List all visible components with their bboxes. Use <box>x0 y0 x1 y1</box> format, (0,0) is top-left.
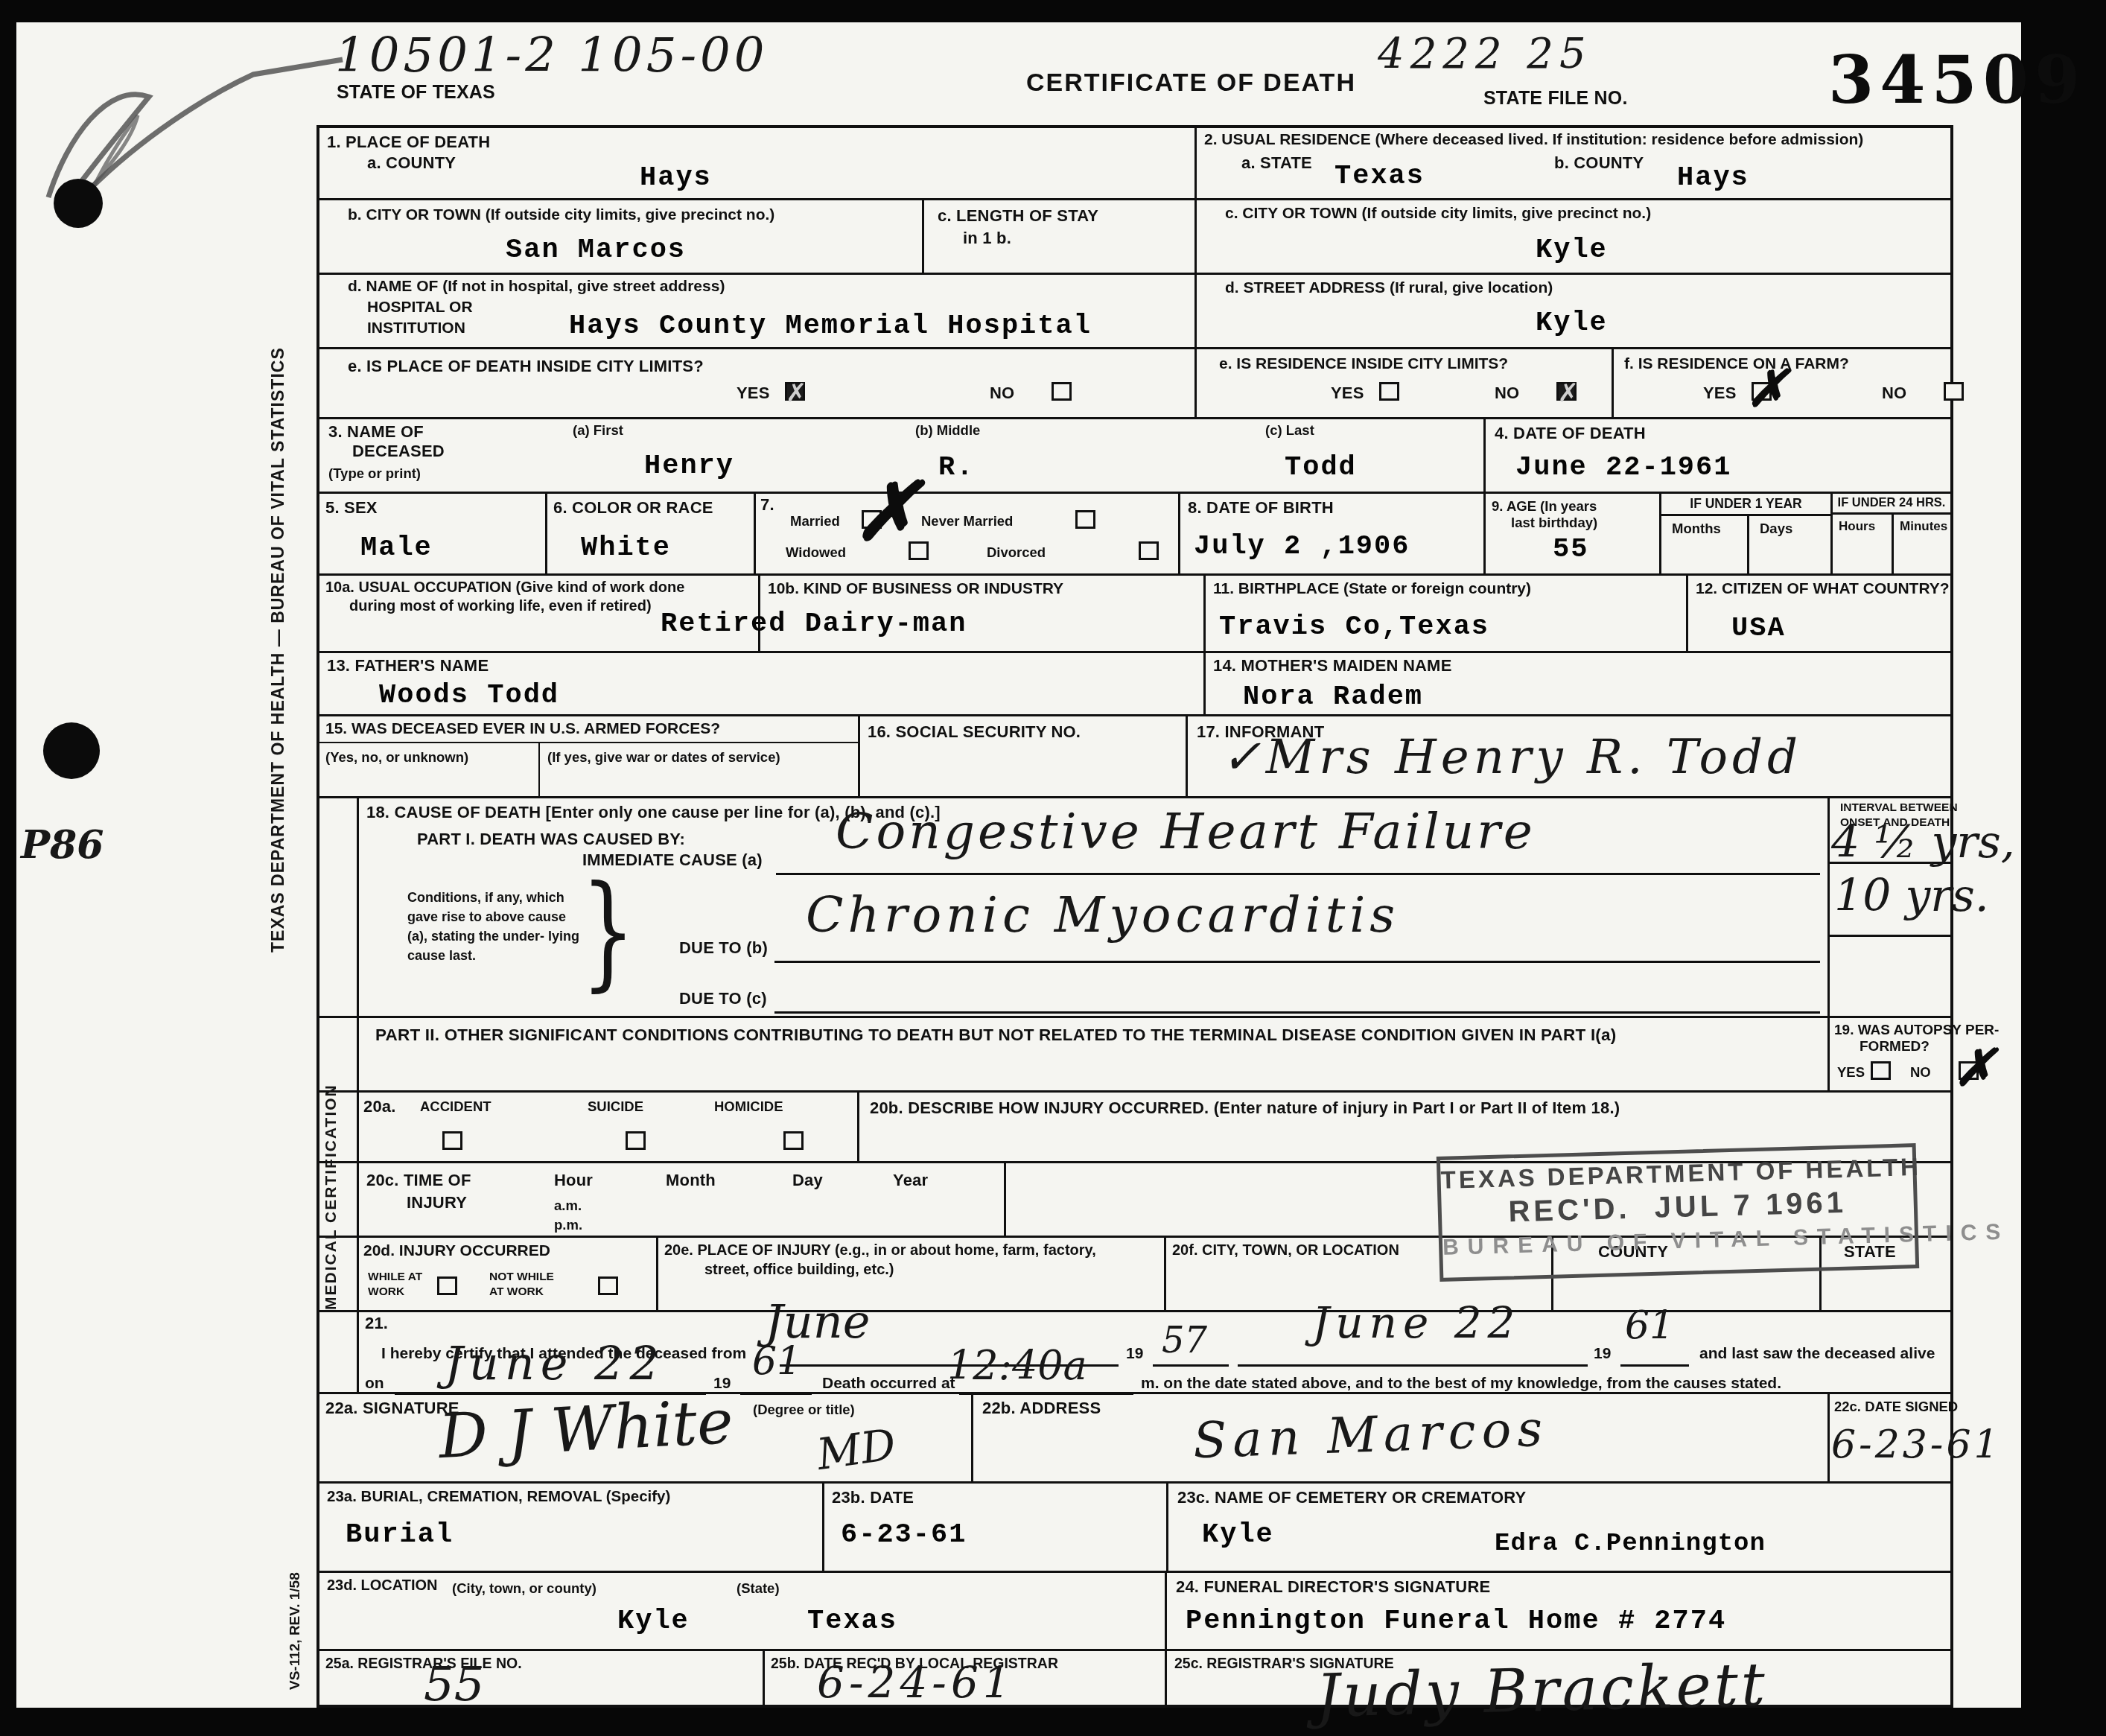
sex-value: Male <box>360 532 433 564</box>
length-of-stay-label2: in 1 b. <box>963 229 1011 248</box>
location-city-value: Kyle <box>617 1606 690 1637</box>
stamp-date: JUL 7 1961 <box>1654 1186 1847 1224</box>
residence-state-value: Texas <box>1334 161 1425 192</box>
burial-date-cell: 23b. DATE 6-23-61 <box>824 1484 1168 1571</box>
age-label2: last birthday) <box>1511 515 1597 531</box>
first-name-label: (a) First <box>573 422 623 439</box>
first-name-value: Henry <box>644 451 734 482</box>
interval-label1: INTERVAL BETWEEN <box>1840 801 1958 815</box>
autopsy-label2: FORMED? <box>1860 1039 1930 1055</box>
pm-label: p.m. <box>554 1217 582 1233</box>
certify-text4: m. on the date stated above, and to the … <box>1141 1375 1781 1393</box>
certification-cell: 21. I hereby certify that I attended the… <box>359 1312 1950 1392</box>
row-location-funeral: 23d. LOCATION (City, town, or county) (S… <box>319 1571 1950 1649</box>
cause-part1-label: PART I. DEATH WAS CAUSED BY: <box>417 830 685 849</box>
informant-value: Mrs Henry R. Todd <box>1221 730 1802 785</box>
while-at-work-label1: WHILE AT <box>368 1271 422 1284</box>
registrar-date-value: 6-24-61 <box>817 1657 1015 1708</box>
occupation-label2: during most of working life, even if ret… <box>349 598 652 615</box>
residence-farm-yes-label: YES <box>1703 384 1737 403</box>
residence-city-value: Kyle <box>1536 235 1608 266</box>
cemetery-note: Edra C.Pennington <box>1495 1530 1766 1558</box>
never-married-checkbox <box>1075 510 1095 529</box>
day-label: Day <box>792 1171 823 1190</box>
place-county-value: Hays <box>640 162 712 194</box>
race-label: 6. COLOR OR RACE <box>553 498 713 518</box>
not-while-checkbox <box>598 1276 618 1295</box>
place-of-death-title: 1. PLACE OF DEATH <box>327 133 490 152</box>
residence-county-label: b. COUNTY <box>1554 153 1644 173</box>
while-at-work-checkbox <box>437 1276 457 1295</box>
residence-farm-label: f. IS RESIDENCE ON A FARM? <box>1624 355 1849 373</box>
funeral-director-value: Pennington Funeral Home # 2774 <box>1186 1606 1726 1637</box>
certify-lastseen-date: June 22 <box>445 1336 665 1390</box>
last-name-value: Todd <box>1285 452 1357 483</box>
row-registrar: 25a. REGISTRAR'S FILE NO. 55 25b. DATE R… <box>319 1649 1950 1705</box>
mother-label: 14. MOTHER'S MAIDEN NAME <box>1213 656 1452 675</box>
sex-label: 5. SEX <box>325 498 378 518</box>
autopsy-yes-label: YES <box>1837 1064 1865 1081</box>
place-city-label: b. CITY OR TOWN (If outside city limits,… <box>348 206 774 224</box>
received-stamp: TEXAS DEPARTMENT OF HEALTH REC'D. JUL 7 … <box>1437 1143 1919 1282</box>
row-burial: 23a. BURIAL, CREMATION, REMOVAL (Specify… <box>319 1481 1950 1571</box>
conditions-note: Conditions, if any, which gave rise to a… <box>407 888 582 965</box>
certify-to-year: 61 <box>1625 1303 1674 1348</box>
part2-cell: PART II. OTHER SIGNIFICANT CONDITIONS CO… <box>359 1018 1830 1090</box>
date-of-birth-cell: 8. DATE OF BIRTH July 2 ,1906 <box>1180 494 1486 573</box>
place-city-value: San Marcos <box>506 235 686 266</box>
birthplace-value: Travis Co,Texas <box>1219 611 1489 643</box>
married-checkbox <box>862 510 882 529</box>
hours-label: Hours <box>1833 515 1894 573</box>
due-to-c-line <box>774 1011 1820 1014</box>
registrar-date-cell: 25b. DATE REC'D BY LOCAL REGISTRAR 6-24-… <box>765 1651 1167 1705</box>
certificate-number: 34509 <box>1828 41 2086 118</box>
not-while-label2: AT WORK <box>489 1285 544 1299</box>
date-of-birth-value: July 2 ,1906 <box>1194 531 1410 562</box>
label-20d: 20d. INJURY OCCURRED <box>363 1242 550 1260</box>
header-state-file-no-label: STATE FILE NO. <box>1483 88 1628 109</box>
immediate-cause-line <box>776 873 1820 875</box>
scanned-death-certificate: P86 TEXAS DEPARTMENT OF HEALTH — BUREAU … <box>0 0 2106 1736</box>
certify-19-a: 19 <box>1126 1345 1143 1363</box>
certify-blank-to <box>1238 1364 1588 1367</box>
residence-street-label: d. STREET ADDRESS (If rural, give locati… <box>1225 279 1553 297</box>
residence-title: 2. USUAL RESIDENCE (Where deceased lived… <box>1204 131 1863 149</box>
certify-from-year: 57 <box>1162 1320 1207 1361</box>
margin-form-code: VS-112, REV. 1/58 <box>287 1555 313 1708</box>
signature-cell: 22a. SIGNATURE D J White (Degree or titl… <box>319 1394 973 1481</box>
middle-name-label: (b) Middle <box>915 422 980 439</box>
marital-status-cell: 7. Married Never Married Widowed Divorce… <box>756 494 1180 573</box>
divorced-label: Divorced <box>987 544 1046 561</box>
burial-cell: 23a. BURIAL, CREMATION, REMOVAL (Specify… <box>319 1484 824 1571</box>
address-value: San Marcos <box>1192 1400 1550 1470</box>
degree-value: MD <box>814 1419 899 1480</box>
name-label1: 3. NAME OF <box>328 422 424 442</box>
residence-street-value: Kyle <box>1536 308 1608 339</box>
margin-department-text: TEXAS DEPARTMENT OF HEALTH — BUREAU OF V… <box>268 346 302 953</box>
informant-cell: 17. INFORMANT Mrs Henry R. Todd <box>1188 716 1950 796</box>
hour-label: Hour <box>554 1171 593 1190</box>
date-of-birth-label: 8. DATE OF BIRTH <box>1188 498 1334 518</box>
length-of-stay-label: c. LENGTH OF STAY <box>938 206 1098 226</box>
cemetery-label: 23c. NAME OF CEMETERY OR CREMATORY <box>1177 1488 1526 1507</box>
row-part2-autopsy: PART II. OTHER SIGNIFICANT CONDITIONS CO… <box>319 1016 1950 1090</box>
section-usual-residence: 2. USUAL RESIDENCE (Where deceased lived… <box>1197 128 1950 417</box>
immediate-cause-value: Congestive Heart Failure <box>836 803 1536 860</box>
burial-label: 23a. BURIAL, CREMATION, REMOVAL (Specify… <box>327 1488 670 1506</box>
row-armedforces-ssn-informant: 15. WAS DECEASED EVER IN U.S. ARMED FORC… <box>319 714 1950 796</box>
label-20b: 20b. DESCRIBE HOW INJURY OCCURRED. (Ente… <box>870 1098 1620 1118</box>
suicide-label: SUICIDE <box>588 1098 643 1115</box>
registrar-signature-value: Judy Brackett <box>1315 1650 1769 1731</box>
label-20f: 20f. CITY, TOWN, OR LOCATION <box>1172 1242 1399 1259</box>
accident-label: ACCIDENT <box>420 1098 491 1115</box>
if-under-24-hrs-cell: IF UNDER 24 HRS. Hours Minutes <box>1833 494 1950 573</box>
date-signed-cell: 22c. DATE SIGNED 6-23-61 <box>1830 1394 1950 1481</box>
conditions-brace <box>581 859 635 1004</box>
under-one-year-label: IF UNDER 1 YEAR <box>1661 494 1830 516</box>
injury-occurred-cell: 20d. INJURY OCCURRED WHILE AT WORK NOT W… <box>359 1238 658 1310</box>
residence-city-limits-label: e. IS RESIDENCE INSIDE CITY LIMITS? <box>1219 355 1508 373</box>
residence-city-limits-yes-checkbox <box>1379 382 1399 401</box>
while-at-work-label2: WORK <box>368 1285 404 1299</box>
middle-name-value: R. <box>938 452 974 483</box>
due-to-c-label: DUE TO (c) <box>679 989 767 1008</box>
row-sex-race-marital-birth-age: 5. SEX Male 6. COLOR OR RACE White 7. Ma… <box>319 492 1950 573</box>
name-label3: (Type or print) <box>328 465 421 482</box>
autopsy-yes-checkbox <box>1871 1061 1891 1080</box>
part2-label: PART II. OTHER SIGNIFICANT CONDITIONS CO… <box>375 1026 1616 1045</box>
interval-b-value: 10 yrs. <box>1834 870 1989 922</box>
registrar-signature-cell: 25c. REGISTRAR'S SIGNATURE Judy Brackett <box>1167 1651 1950 1705</box>
accident-checkbox <box>442 1131 462 1150</box>
autopsy-no-label: NO <box>1910 1064 1931 1081</box>
sex-cell: 5. SEX Male <box>319 494 547 573</box>
date-of-death-cell: 4. DATE OF DEATH June 22-1961 <box>1486 419 1950 492</box>
certify-blank-fromyear <box>1153 1364 1229 1367</box>
label-20e2: street, office building, etc.) <box>704 1262 894 1279</box>
interval-a-value: 4 ½ yrs, <box>1831 816 2015 868</box>
residence-city-limits-yes-label: YES <box>1331 384 1364 403</box>
registrar-file-cell: 25a. REGISTRAR'S FILE NO. 55 <box>319 1651 765 1705</box>
location-state-value: Texas <box>807 1606 897 1637</box>
row-certification: 21. I hereby certify that I attended the… <box>319 1310 1950 1392</box>
suicide-checkbox <box>626 1131 646 1150</box>
marital-label: 7. <box>760 495 774 515</box>
widowed-checkbox <box>909 541 929 560</box>
armed-forces-sub2: (If yes, give war or dates of service) <box>540 743 858 796</box>
year-label: Year <box>893 1171 928 1190</box>
location-sub2: (State) <box>737 1580 780 1597</box>
hospital-label: d. NAME OF (If not in hospital, give str… <box>348 278 725 296</box>
residence-farm-yes-checkbox <box>1752 382 1772 401</box>
name-of-deceased-labels: 3. NAME OF DECEASED (Type or print) <box>319 419 570 492</box>
race-cell: 6. COLOR OR RACE White <box>547 494 756 573</box>
name-label2: DECEASED <box>352 442 445 461</box>
section-place-of-death: 1. PLACE OF DEATH a. COUNTY Hays b. CITY… <box>319 128 1197 417</box>
residence-farm-no-label: NO <box>1882 384 1906 403</box>
registrar-file-value: 55 <box>424 1657 484 1712</box>
armed-forces-sub1: (Yes, no, or unknown) <box>319 743 540 796</box>
last-name-cell: (c) Last Todd <box>1262 419 1486 492</box>
cause-of-death-cell: 18. CAUSE OF DEATH [Enter only one cause… <box>359 798 1830 1016</box>
certify-number-label: 21. <box>365 1314 388 1333</box>
place-city-limits-yes-checkbox <box>785 382 805 401</box>
due-to-b-line <box>774 961 1820 963</box>
time-of-injury-cell: 20c. TIME OF INJURY Hour Month Day Year … <box>359 1163 1006 1236</box>
age-label: 9. AGE (In years <box>1492 498 1597 515</box>
am-label: a.m. <box>554 1198 582 1214</box>
citizen-label: 12. CITIZEN OF WHAT COUNTRY? <box>1696 580 1950 598</box>
industry-label: 10b. KIND OF BUSINESS OR INDUSTRY <box>768 580 1063 598</box>
months-label: Months <box>1661 516 1749 573</box>
residence-city-limits-no-checkbox <box>1556 382 1577 401</box>
burial-date-value: 6-23-61 <box>841 1519 967 1551</box>
accident-suicide-homicide-cell: 20a. ACCIDENT SUICIDE HOMICIDE <box>359 1093 859 1161</box>
row-cause-of-death: 18. CAUSE OF DEATH [Enter only one cause… <box>319 796 1950 1016</box>
mother-cell: 14. MOTHER'S MAIDEN NAME Nora Radem <box>1206 653 1950 714</box>
burial-date-label: 23b. DATE <box>832 1488 914 1507</box>
armed-forces-cell: 15. WAS DECEASED EVER IN U.S. ARMED FORC… <box>319 716 860 796</box>
hospital-value: Hays County Memorial Hospital <box>569 311 1092 342</box>
location-cell: 23d. LOCATION (City, town, or county) (S… <box>319 1573 1167 1649</box>
row-place-and-residence: 1. PLACE OF DEATH a. COUNTY Hays b. CITY… <box>319 128 1950 417</box>
label-20c1: 20c. TIME OF <box>366 1171 471 1190</box>
under-24-hrs-label: IF UNDER 24 HRS. <box>1833 494 1950 515</box>
medical-certification-vertical-label: MEDICAL CERTIFICATION <box>322 981 357 1413</box>
header-title: CERTIFICATE OF DEATH <box>1026 69 1356 98</box>
interval-column: INTERVAL BETWEEN ONSET AND DEATH 4 ½ yrs… <box>1830 798 1950 1016</box>
autopsy-no-checkbox <box>1959 1061 1979 1080</box>
punch-hole-top <box>54 179 103 228</box>
place-of-injury-cell: 20e. PLACE OF INJURY (e.g., in or about … <box>658 1238 1166 1310</box>
homicide-checkbox <box>783 1131 804 1150</box>
certify-time-value: 12:40a <box>947 1342 1087 1389</box>
date-signed-label: 22c. DATE SIGNED <box>1834 1399 1958 1415</box>
hospital-label3: INSTITUTION <box>367 319 465 337</box>
homicide-label: HOMICIDE <box>714 1098 783 1115</box>
place-county-label: a. COUNTY <box>367 153 456 173</box>
birthplace-cell: 11. BIRTHPLACE (State or foreign country… <box>1206 576 1688 651</box>
residence-city-limits-no-label: NO <box>1495 384 1519 403</box>
autopsy-label1: 19. WAS AUTOPSY PER- <box>1834 1023 1999 1039</box>
label-20a: 20a. <box>363 1097 396 1116</box>
widowed-label: Widowed <box>786 544 846 561</box>
due-to-b-value: Chronic Myocarditis <box>806 886 1399 944</box>
residence-city-label: c. CITY OR TOWN (If outside city limits,… <box>1225 205 1651 223</box>
last-name-label: (c) Last <box>1265 422 1314 439</box>
married-label: Married <box>790 513 840 530</box>
place-city-limits-no-checkbox <box>1052 382 1072 401</box>
ssn-label: 16. SOCIAL SECURITY NO. <box>868 722 1081 742</box>
row-signature: 22a. SIGNATURE D J White (Degree or titl… <box>319 1392 1950 1481</box>
cemetery-value: Kyle <box>1202 1519 1274 1551</box>
degree-label: (Degree or title) <box>753 1402 855 1418</box>
residence-county-value: Hays <box>1677 162 1749 194</box>
label-20e1: 20e. PLACE OF INJURY (e.g., in or about … <box>664 1242 1096 1259</box>
punch-hole-bottom <box>43 722 100 779</box>
citizen-cell: 12. CITIZEN OF WHAT COUNTRY? USA <box>1688 576 1950 651</box>
father-cell: 13. FATHER'S NAME Woods Todd <box>319 653 1206 714</box>
certify-lastseen-year: 61 <box>752 1339 801 1384</box>
row-father-mother: 13. FATHER'S NAME Woods Todd 14. MOTHER'… <box>319 651 1950 714</box>
funeral-director-cell: 24. FUNERAL DIRECTOR'S SIGNATURE Penning… <box>1167 1573 1950 1649</box>
middle-name-cell: (b) Middle R. <box>912 419 1262 492</box>
never-married-label: Never Married <box>921 513 1013 530</box>
header-written-code: 10501-2 105-00 <box>335 28 769 83</box>
funeral-director-label: 24. FUNERAL DIRECTOR'S SIGNATURE <box>1176 1577 1490 1597</box>
residence-farm-no-checkbox <box>1944 382 1964 401</box>
date-signed-value: 6-23-61 <box>1831 1422 2002 1467</box>
mother-value: Nora Radem <box>1243 681 1423 713</box>
certify-text2: and last saw the deceased alive <box>1699 1345 1935 1363</box>
birthplace-label: 11. BIRTHPLACE (State or foreign country… <box>1213 580 1531 598</box>
race-value: White <box>581 532 671 564</box>
address-label: 22b. ADDRESS <box>982 1399 1101 1418</box>
certify-to-month: June 22 <box>1312 1297 1521 1348</box>
header-written-file-no: 4222 25 <box>1378 30 1592 78</box>
location-label: 23d. LOCATION <box>327 1577 438 1594</box>
due-to-b-label: DUE TO (b) <box>679 938 768 958</box>
physician-signature: D J White <box>437 1387 735 1473</box>
not-while-label1: NOT WHILE <box>489 1271 554 1284</box>
certificate-form: 1. PLACE OF DEATH a. COUNTY Hays b. CITY… <box>316 125 1953 1708</box>
row-name-deathdate: 3. NAME OF DECEASED (Type or print) (a) … <box>319 417 1950 492</box>
informant-value-text: Mrs Henry R. Todd <box>1266 730 1802 785</box>
occupation-label: 10a. USUAL OCCUPATION (Give kind of work… <box>325 579 684 597</box>
if-under-one-year-cell: IF UNDER 1 YEAR Months Days <box>1661 494 1833 573</box>
age-cell: 9. AGE (In years last birthday) 55 <box>1486 494 1661 573</box>
certify-text3: Death occurred at <box>822 1375 955 1393</box>
place-city-limits-label: e. IS PLACE OF DEATH INSIDE CITY LIMITS? <box>348 357 704 376</box>
address-cell: 22b. ADDRESS San Marcos <box>973 1394 1830 1481</box>
armed-forces-label: 15. WAS DECEASED EVER IN U.S. ARMED FORC… <box>319 716 858 743</box>
autopsy-cell: 19. WAS AUTOPSY PER- FORMED? YES NO <box>1830 1018 1950 1090</box>
father-value: Woods Todd <box>379 680 559 711</box>
minutes-label: Minutes <box>1894 515 1950 573</box>
date-of-death-label: 4. DATE OF DEATH <box>1495 424 1646 443</box>
burial-value: Burial <box>346 1519 454 1551</box>
place-city-limits-yes-label: YES <box>737 384 770 403</box>
cemetery-cell: 23c. NAME OF CEMETERY OR CREMATORY Kyle … <box>1168 1484 1950 1571</box>
age-value: 55 <box>1553 534 1588 565</box>
location-sub1: (City, town, or county) <box>452 1580 597 1597</box>
month-label: Month <box>666 1171 716 1190</box>
divorced-checkbox <box>1139 541 1159 560</box>
certify-19-b: 19 <box>1594 1345 1611 1363</box>
occupation-value: Retired Dairy-man <box>661 608 967 640</box>
stamp-recd: REC'D. <box>1508 1192 1631 1229</box>
margin-written-note: P86 <box>21 822 104 868</box>
ssn-cell: 16. SOCIAL SECURITY NO. <box>860 716 1188 796</box>
father-label: 13. FATHER'S NAME <box>327 656 489 675</box>
certify-on-label: on <box>365 1375 384 1393</box>
header-state-of-texas: STATE OF TEXAS <box>337 82 495 104</box>
date-of-death-value: June 22-1961 <box>1515 452 1731 483</box>
days-label: Days <box>1749 516 1830 573</box>
hospital-label2: HOSPITAL OR <box>367 299 473 317</box>
place-city-limits-no-label: NO <box>990 384 1014 403</box>
certify-blank-toyear <box>1620 1364 1689 1367</box>
label-20c2: INJURY <box>407 1193 467 1212</box>
row-occupation-birthplace-citizen: 10a. USUAL OCCUPATION (Give kind of work… <box>319 573 1950 651</box>
citizen-value: USA <box>1731 613 1786 644</box>
residence-state-label: a. STATE <box>1241 153 1312 173</box>
